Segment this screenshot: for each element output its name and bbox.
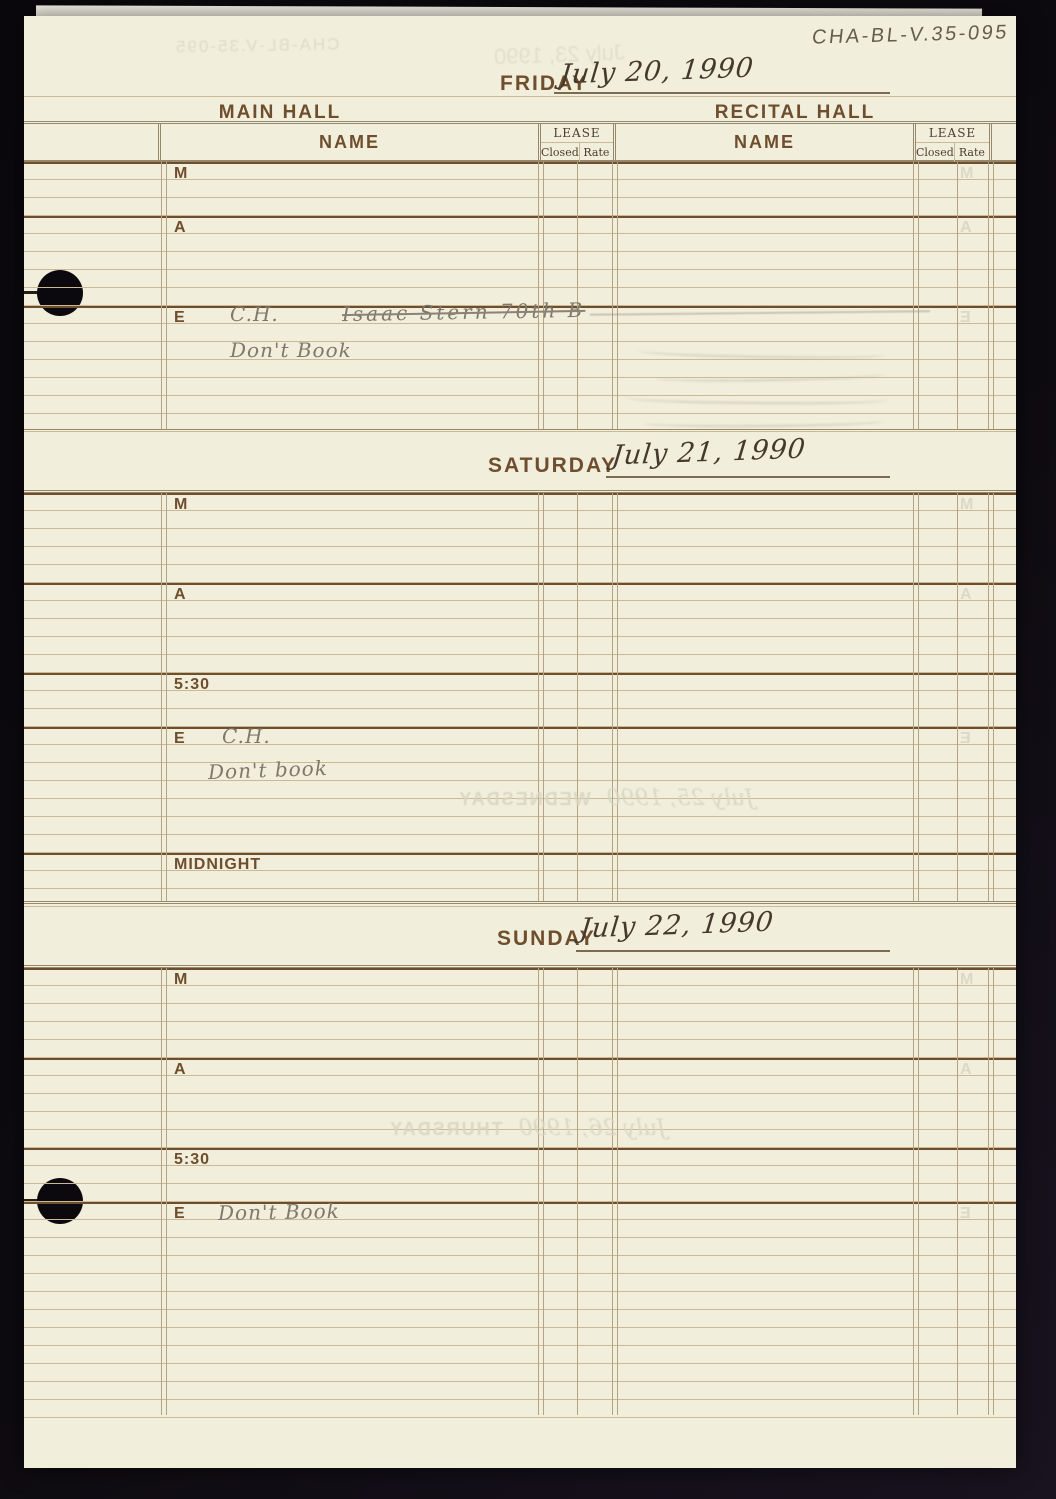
ledger-row bbox=[24, 763, 1016, 781]
column-rule bbox=[538, 162, 544, 429]
ledger-row bbox=[24, 1076, 1016, 1094]
entry-friday-name-struck: Isaac Stern 70th B bbox=[342, 298, 586, 326]
scan-background: CHA-BL-V.35-095 CHA-BL-V.35-095 July 23,… bbox=[0, 0, 1056, 1499]
lease-label: LEASE bbox=[916, 124, 989, 143]
entry-friday-note: Don't Book bbox=[230, 338, 352, 362]
column-rule bbox=[577, 162, 578, 429]
ledger-row bbox=[24, 198, 1016, 216]
ledger-row bbox=[24, 378, 1016, 396]
ledger-row bbox=[24, 637, 1016, 655]
sunday-grid: MMAA5:30EE bbox=[24, 965, 1016, 1415]
ledger-row bbox=[24, 1166, 1016, 1184]
table-header: NAME LEASE Closed Rate NAME LEASE Closed… bbox=[24, 121, 1016, 162]
ledger-row bbox=[24, 270, 1016, 288]
ledger-row bbox=[24, 1220, 1016, 1238]
entry-sunday-note: Don't Book bbox=[218, 1199, 340, 1225]
column-rule bbox=[612, 968, 618, 1415]
name-header-label: NAME bbox=[319, 132, 380, 153]
ledger-row bbox=[24, 655, 1016, 673]
column-rule bbox=[161, 493, 167, 901]
friday-grid: MMAAEE bbox=[24, 162, 1016, 432]
ledger-row bbox=[24, 1256, 1016, 1274]
column-rule bbox=[988, 162, 994, 429]
recital-hall-lease-header: LEASE Closed Rate bbox=[913, 124, 992, 160]
column-rule bbox=[988, 968, 994, 1415]
ledger-row bbox=[24, 619, 1016, 637]
closed-label: Closed bbox=[541, 143, 579, 163]
column-rule bbox=[161, 968, 167, 1415]
ghost-day-label: THURSDAY bbox=[388, 1119, 502, 1140]
ledger-row bbox=[24, 1022, 1016, 1040]
ledger-row: EE bbox=[24, 1202, 1016, 1220]
date-underline bbox=[554, 92, 890, 94]
ledger-row bbox=[24, 180, 1016, 198]
column-rule bbox=[538, 493, 544, 901]
ledger-row: 5:30 bbox=[24, 673, 1016, 691]
ledger-row bbox=[24, 234, 1016, 252]
ledger-row: AA bbox=[24, 583, 1016, 601]
ledger-row bbox=[24, 889, 1016, 907]
column-rule bbox=[538, 968, 544, 1415]
ledger-row: AA bbox=[24, 216, 1016, 234]
handwritten-date-saturday: July 21, 1990 bbox=[610, 434, 807, 472]
closed-label: Closed bbox=[916, 143, 954, 163]
rule-line bbox=[24, 96, 1016, 97]
ledger-row: MM bbox=[24, 968, 1016, 986]
column-rule bbox=[913, 493, 919, 901]
rate-label: Rate bbox=[579, 143, 613, 163]
day-label-saturday: SATURDAY bbox=[488, 454, 617, 478]
ledger-row bbox=[24, 565, 1016, 583]
main-hall-name-header: NAME bbox=[161, 124, 538, 160]
column-rule bbox=[957, 968, 958, 1415]
rate-label: Rate bbox=[954, 143, 989, 163]
ledger-row bbox=[24, 1004, 1016, 1022]
handwritten-date-friday: July 20, 1990 bbox=[558, 53, 755, 91]
recital-hall-name-header: NAME bbox=[616, 124, 913, 160]
column-rule bbox=[957, 162, 958, 429]
entry-saturday-note: Don't book bbox=[208, 756, 329, 784]
ledger-row: AA bbox=[24, 1058, 1016, 1076]
ledger-row: MM bbox=[24, 162, 1016, 180]
ledger-row bbox=[24, 1292, 1016, 1310]
ledger-row bbox=[24, 1274, 1016, 1292]
column-rule bbox=[577, 493, 578, 901]
ledger-row bbox=[24, 1400, 1016, 1418]
ledger-row bbox=[24, 511, 1016, 529]
ghost-date: July 25, 1990 bbox=[607, 786, 754, 811]
ledger-row bbox=[24, 1346, 1016, 1364]
date-underline bbox=[606, 476, 890, 478]
column-rule bbox=[612, 162, 618, 429]
bleed-through-thursday: July 26, 1990 THURSDAY bbox=[196, 1116, 666, 1141]
column-rule bbox=[913, 162, 919, 429]
main-hall-lease-header: LEASE Closed Rate bbox=[538, 124, 616, 160]
ledger-page: CHA-BL-V.35-095 CHA-BL-V.35-095 July 23,… bbox=[24, 16, 1016, 1468]
bleed-through-wednesday: July 25, 1990 WEDNESDAY bbox=[276, 786, 754, 811]
entry-friday-hall-code: C.H. bbox=[230, 302, 279, 326]
ledger-row bbox=[24, 1184, 1016, 1202]
saturday-grid: MMAA5:30EEMIDNIGHT bbox=[24, 490, 1016, 904]
ledger-row bbox=[24, 601, 1016, 619]
column-rule bbox=[913, 968, 919, 1415]
registration-number: CHA-BL-V.35-095 bbox=[811, 21, 1010, 49]
column-rule bbox=[161, 162, 167, 429]
ghost-day-label: WEDNESDAY bbox=[457, 789, 590, 810]
ledger-row bbox=[24, 1094, 1016, 1112]
column-rule bbox=[957, 493, 958, 901]
ledger-row: 5:30 bbox=[24, 1148, 1016, 1166]
ledger-row bbox=[24, 986, 1016, 1004]
ledger-row bbox=[24, 529, 1016, 547]
lease-label: LEASE bbox=[541, 124, 613, 143]
column-rule bbox=[988, 493, 994, 901]
name-header-label: NAME bbox=[734, 132, 795, 153]
ledger-row bbox=[24, 817, 1016, 835]
ledger-row bbox=[24, 1310, 1016, 1328]
ledger-row: MM bbox=[24, 493, 1016, 511]
ledger-row bbox=[24, 745, 1016, 763]
ledger-row bbox=[24, 324, 1016, 342]
ledger-row bbox=[24, 691, 1016, 709]
ledger-row bbox=[24, 547, 1016, 565]
column-rule bbox=[577, 968, 578, 1415]
ledger-row bbox=[24, 1364, 1016, 1382]
ledger-row bbox=[24, 1238, 1016, 1256]
registration-bleed-through: CHA-BL-V.35-095 bbox=[174, 35, 340, 58]
ledger-row: EE bbox=[24, 727, 1016, 745]
ledger-row bbox=[24, 709, 1016, 727]
entry-saturday-hall-code: C.H. bbox=[222, 724, 271, 748]
ledger-row bbox=[24, 835, 1016, 853]
ledger-row: MIDNIGHT bbox=[24, 853, 1016, 871]
handwritten-date-sunday: July 22, 1990 bbox=[578, 907, 775, 945]
ledger-row bbox=[24, 1382, 1016, 1400]
date-underline bbox=[576, 950, 890, 952]
margin-column-header bbox=[24, 124, 161, 160]
ledger-row bbox=[24, 1328, 1016, 1346]
column-rule bbox=[612, 493, 618, 901]
ledger-row bbox=[24, 871, 1016, 889]
ledger-row bbox=[24, 252, 1016, 270]
ledger-row bbox=[24, 1040, 1016, 1058]
ghost-date: July 26, 1990 bbox=[519, 1116, 666, 1141]
